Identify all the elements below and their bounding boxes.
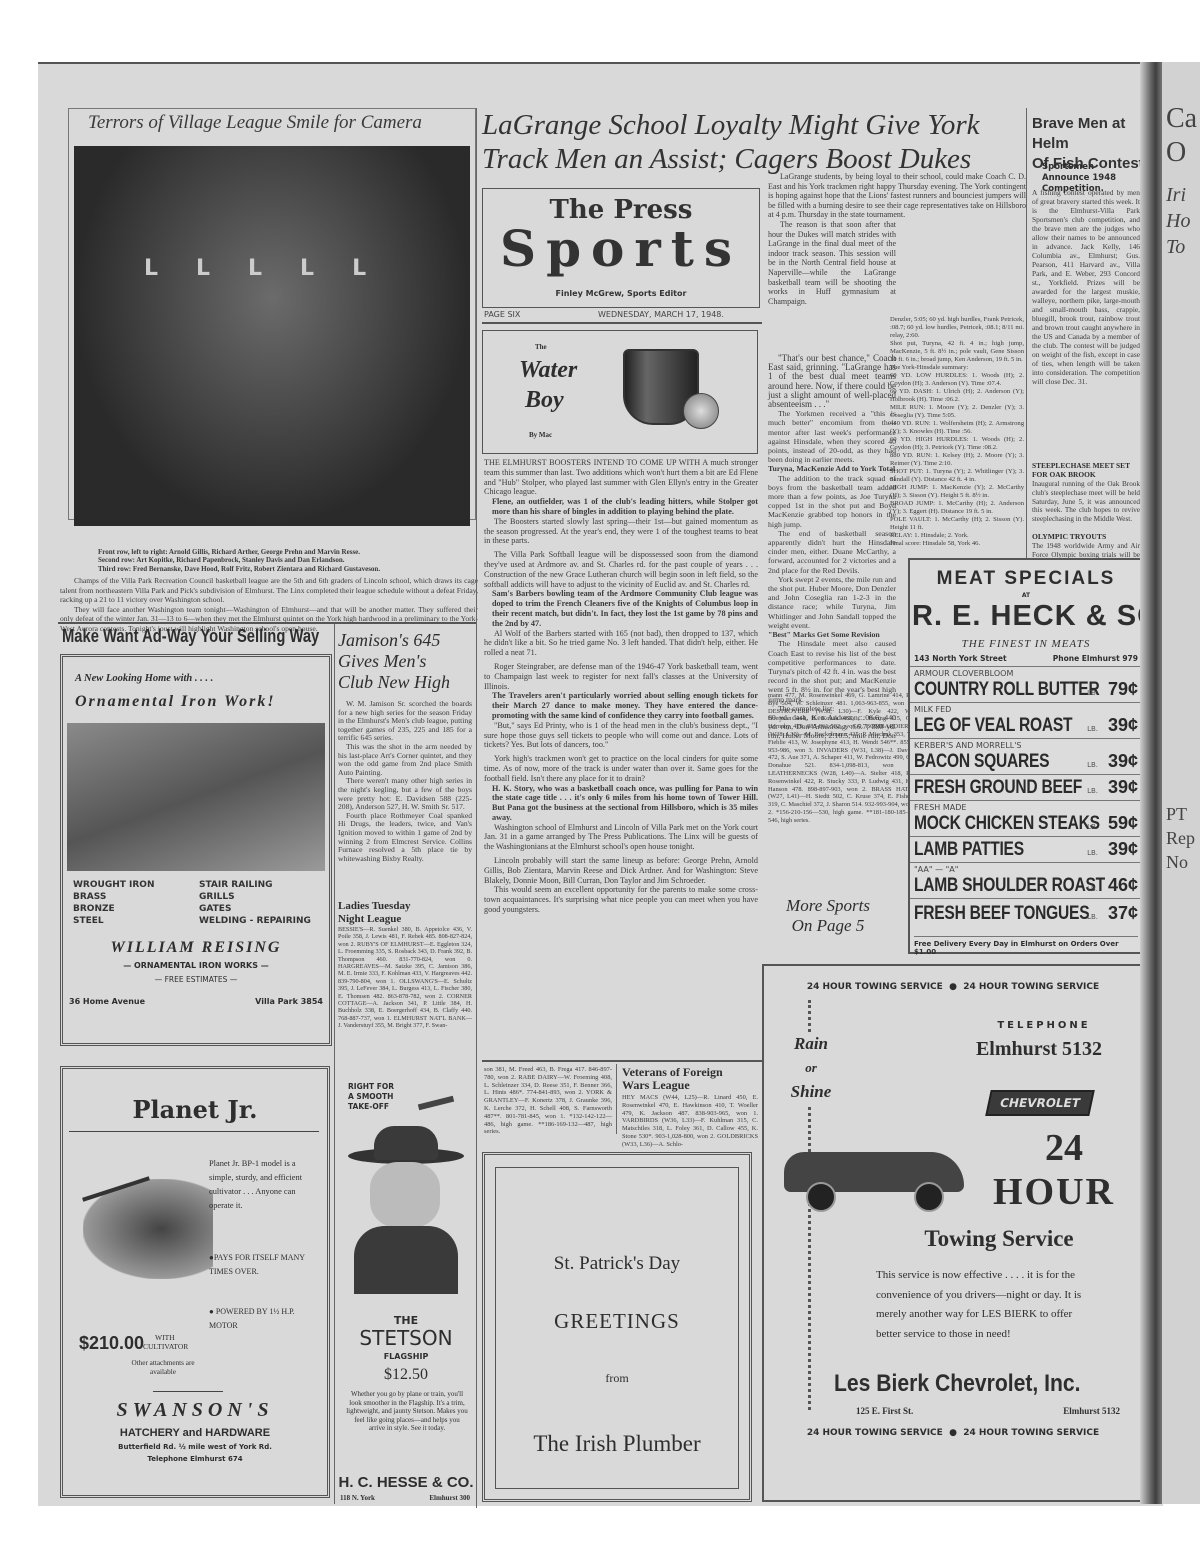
swansons-name: SWANSON'S: [63, 1399, 327, 1422]
airplane-icon: [418, 1096, 454, 1111]
track-results: Denzler, 5:05; 60 yd. high hurdles, Fran…: [890, 316, 1024, 548]
iron-ad-title: Ornamental Iron Work!: [75, 693, 276, 711]
subhead: "Best" Marks Get Some Revision: [768, 630, 896, 639]
divider: [58, 622, 476, 624]
newspaper-page: Terrors of Village League Smile for Came…: [38, 62, 1163, 1506]
sports-masthead: The Press Sports Finley McGrew, Sports E…: [482, 188, 760, 308]
want-ad-header: Make Want Ad-Way Your Selling Way: [62, 626, 319, 647]
page-label: PAGE SIX: [484, 310, 520, 319]
column-rule: [334, 624, 335, 1504]
bowling-results-right: mann 477, M. Rosenwinkel 469, G. Lamrine…: [768, 692, 912, 825]
water-boy-title2: Boy: [525, 387, 564, 414]
planet-jr-ad: Planet Jr. Planet Jr. BP-1 model is a si…: [60, 1066, 330, 1498]
iron-company: WILLIAM REISING: [63, 939, 329, 957]
steeplechase-body: Inaugural running of the Oak Brook club'…: [1032, 480, 1140, 524]
masthead-line2: Sports: [483, 219, 759, 278]
iron-services-right: STAIR RAILING GRILLS GATES WELDING - REP…: [199, 879, 311, 927]
adjacent-page-fragment: Ca O Iri Ho To PT Rep No: [1162, 62, 1200, 1504]
page-date: WEDNESDAY, MARCH 17, 1948.: [598, 310, 724, 319]
stair-railing-photo: [67, 723, 325, 871]
ladies-league-headline: Ladies Tuesday Night League: [338, 900, 410, 926]
water-boy-title: Water: [519, 357, 577, 384]
olympic-head: OLYMPIC TRYOUTS: [1032, 532, 1106, 541]
photo-story-headline: Terrors of Village League Smile for Came…: [88, 112, 422, 134]
photo-story-body: Champs of the Villa Park Recreation Coun…: [60, 576, 478, 634]
divider: [69, 1131, 319, 1132]
divider: [482, 1060, 762, 1062]
column-rule: [476, 108, 477, 1508]
sports-editor: Finley McGrew, Sports Editor: [483, 289, 759, 298]
meat-item: FRESH GROUND BEEF LB. 39¢: [910, 774, 1142, 801]
irish-plumber-ad: St. Patrick's Day GREETINGS from The Iri…: [482, 1152, 752, 1502]
jamison-body: W. M. Jamison Sr. scorched the boards fo…: [338, 700, 472, 863]
stetson-price: $12.50: [338, 1366, 474, 1384]
chevrolet-towing-ad: 24 HOUR TOWING SERVICE ● 24 HOUR TOWING …: [762, 964, 1144, 1502]
column-rule: [1026, 108, 1027, 608]
suit: [354, 1226, 458, 1294]
stetson-ad: RIGHT FOR A SMOOTH TAKE-OFF THE STETSON …: [338, 1076, 474, 1504]
iron-works-ad: A New Looking Home with . . . . Ornament…: [60, 654, 332, 1046]
dealer-name: Les Bierk Chevrolet, Inc.: [834, 1370, 1080, 1398]
divider: [153, 1391, 223, 1392]
iron-services-left: WROUGHT IRON BRASS BRONZE STEEL: [73, 879, 154, 927]
meat-item: FRESH MADE MOCK CHICKEN STEAKS LB. 59¢: [910, 800, 1142, 837]
big-hour: HOUR: [964, 1170, 1144, 1214]
photo-caption: Front row, left to right: Arnold Gillis,…: [98, 548, 476, 573]
vfw-results: HEY MACS (W44, L25)—R. Linard 450, E. Ro…: [622, 1094, 758, 1149]
meat-item: FRESH BEEF TONGUES LB. 37¢: [910, 898, 1142, 929]
column-rule: [616, 1064, 617, 1134]
chevy-phone: Elmhurst 5132: [934, 1038, 1144, 1061]
lagrange-story-body: LaGrange students, by being loyal to the…: [768, 172, 1026, 306]
baseball-icon: [683, 393, 719, 429]
meat-item: KERBER'S AND MORRELL'S BACON SQUARES LB.…: [910, 738, 1142, 775]
planet-jr-logo: Planet Jr.: [63, 1095, 327, 1124]
chevrolet-logo: CHEVROLET: [985, 1090, 1095, 1116]
meat-specials-ad: MEAT SPECIALS AT R. E. HECK & SON THE FI…: [908, 558, 1144, 954]
hesse-company: H. C. HESSE & CO.: [338, 1474, 474, 1491]
hat-man-illustration: [348, 1126, 464, 1296]
more-sports-link[interactable]: More Sports On Page 5: [758, 896, 898, 936]
steeplechase-head: STEEPLECHASE MEET SET FOR OAK BROOK: [1032, 462, 1140, 479]
ladies-league-results: BESSIE'S—R. Suenkel 380, B. Appetolce 43…: [338, 926, 472, 1030]
face: [370, 1162, 440, 1228]
jamison-headline: Jamison's 645 Gives Men's Club New High: [338, 630, 450, 693]
meat-item: LAMB PATTIES LB. 39¢: [910, 836, 1142, 863]
water-boy-header: The Water Boy By Mac: [482, 330, 758, 454]
meat-item: "AA" — "A" LAMB SHOULDER ROAST LB. 46¢: [910, 862, 1142, 899]
lagrange-story-col2: "That's our best chance," Coach East sai…: [768, 354, 896, 741]
meat-item: ARMOUR CLOVERBLOOM COUNTRY ROLL BUTTER L…: [910, 666, 1142, 703]
team-photo: LLLLL: [74, 146, 470, 526]
delivery-note: Free Delivery Every Day in Elmhurst on O…: [914, 936, 1138, 956]
jersey-letters: LLLLL: [144, 256, 404, 281]
vfw-headline: Veterans of Foreign Wars League: [622, 1066, 723, 1092]
divider: [482, 322, 762, 324]
main-headline: LaGrange School Loyalty Might Give York …: [482, 108, 1022, 176]
fish-body: A fishing contest operated by men of gre…: [1032, 188, 1140, 386]
tow-truck-illustration: [784, 1142, 964, 1208]
towing-service-title: Towing Service: [864, 1226, 1134, 1252]
byline: By Mac: [529, 431, 552, 439]
meat-item: MILK FED LEG OF VEAL ROAST LB. 39¢: [910, 702, 1142, 739]
cultivator-price: $210.00: [79, 1333, 144, 1354]
hat-crown: [374, 1126, 438, 1160]
stetson-brand: STETSON: [338, 1326, 474, 1350]
big-24: 24: [984, 1126, 1144, 1170]
water-boy-column: THE ELMHURST BOOSTERS INTEND TO COME UP …: [484, 458, 758, 915]
bowling-results-middle: son 381, M. Freed 463, B. Frega 417. 846…: [484, 1066, 612, 1136]
subhead: Turyna, MacKenzie Add to York Total: [768, 464, 896, 473]
